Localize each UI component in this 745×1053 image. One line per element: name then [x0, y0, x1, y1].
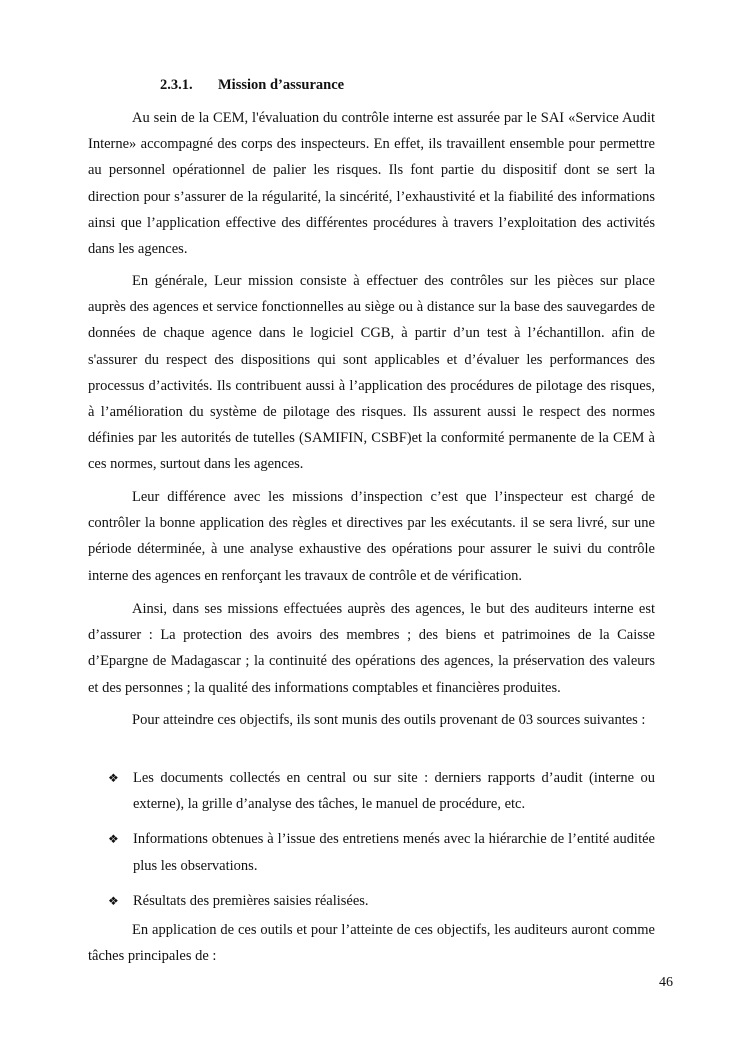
paragraph-closing: En application de ces outils et pour l’a…	[88, 917, 655, 969]
diamond-bullet-icon: ❖	[108, 765, 119, 791]
paragraph-4: Ainsi, dans ses missions effectuées aupr…	[88, 596, 655, 701]
list-item: ❖Informations obtenues à l’issue des ent…	[88, 826, 655, 878]
paragraph-1: Au sein de la CEM, l'évaluation du contr…	[88, 105, 655, 262]
diamond-bullet-icon: ❖	[108, 888, 119, 914]
section-number: 2.3.1.	[160, 77, 218, 94]
section-heading: 2.3.1.Mission d’assurance	[160, 77, 344, 94]
diamond-bullet-icon: ❖	[108, 826, 119, 852]
list-item: ❖Résultats des premières saisies réalisé…	[88, 888, 655, 914]
section-title: Mission d’assurance	[218, 77, 344, 93]
page-number: 46	[659, 975, 673, 991]
list-item: ❖Les documents collectés en central ou s…	[88, 765, 655, 817]
sources-list: ❖Les documents collectés en central ou s…	[88, 765, 655, 923]
paragraph-5: Pour atteindre ces objectifs, ils sont m…	[88, 707, 655, 733]
paragraph-3: Leur différence avec les missions d’insp…	[88, 484, 655, 589]
paragraph-2: En générale, Leur mission consiste à eff…	[88, 268, 655, 478]
